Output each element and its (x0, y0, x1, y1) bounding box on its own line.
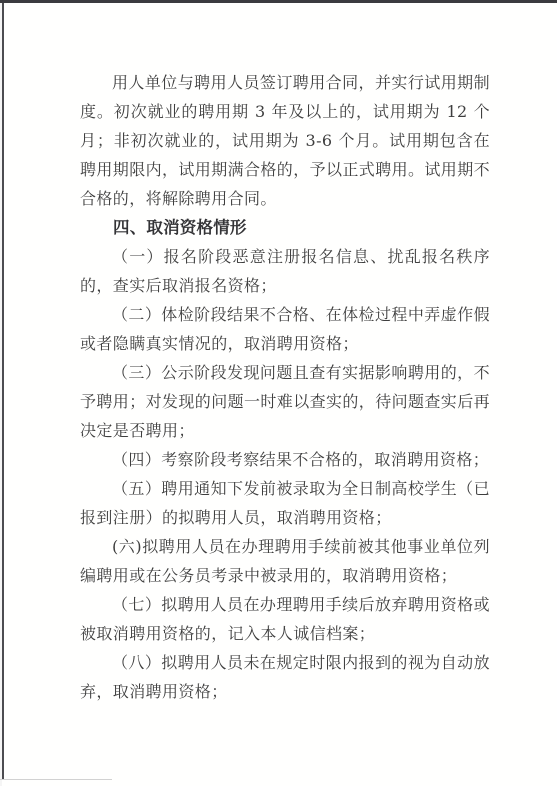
intro-paragraph: 用人单位与聘用人员签订聘用合同，并实行试用期制度。初次就业的聘用期 3 年及以上… (80, 68, 490, 213)
clause-item-5: （五）聘用通知下发前被录取为全日制高校学生（已报到注册）的拟聘用人员，取消聘用资… (80, 474, 490, 532)
clause-item-7: （七）拟聘用人员在办理聘用手续后放弃聘用资格或被取消聘用资格的，记入本人诚信档案… (80, 590, 490, 648)
clause-item-2: （二）体检阶段结果不合格、在体检过程中弄虚作假或者隐瞒真实情况的，取消聘用资格； (80, 300, 490, 358)
clause-item-8: （八）拟聘用人员未在规定时限内报到的视为自动放弃，取消聘用资格； (80, 648, 490, 706)
clause-item-1: （一）报名阶段恶意注册报名信息、扰乱报名秩序的，查实后取消报名资格； (80, 242, 490, 300)
clause-item-3: （三）公示阶段发现问题且查有实据影响聘用的，不予聘用；对发现的问题一时难以查实的… (80, 358, 490, 445)
section-heading: 四、取消资格情形 (80, 213, 490, 242)
clause-item-6: (六)拟聘用人员在办理聘用手续前被其他事业单位列编聘用或在公务员考录中被录用的，… (80, 532, 490, 590)
page-top-edge (0, 0, 557, 3)
document-page: 用人单位与聘用人员签订聘用合同，并实行试用期制度。初次就业的聘用期 3 年及以上… (0, 0, 557, 786)
document-body: 用人单位与聘用人员签订聘用合同，并实行试用期制度。初次就业的聘用期 3 年及以上… (80, 68, 490, 706)
clause-item-4: （四）考察阶段考察结果不合格的，取消聘用资格； (80, 445, 490, 474)
page-left-edge (2, 3, 4, 779)
page-bottom-edge-fragment (0, 779, 112, 780)
